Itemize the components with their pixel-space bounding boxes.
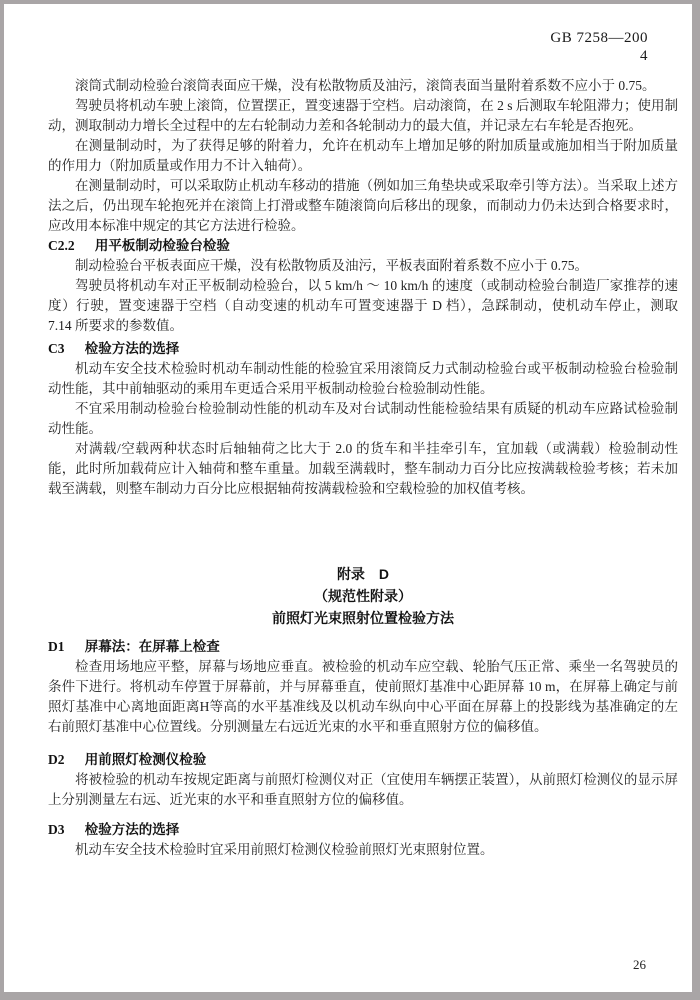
paragraph-headlamp-tester: 将被检验的机动车按规定距离与前照灯检测仪对正（宜使用车辆摆正装置），从前照灯检测… bbox=[48, 770, 678, 810]
appendix-d-title-block: 附录 D （规范性附录） 前照灯光束照射位置检验方法 bbox=[48, 563, 678, 629]
heading-c2-2-title: 用平板制动检验台检验 bbox=[95, 238, 230, 253]
page-footer: 26 bbox=[633, 957, 646, 973]
document-body: 滚筒式制动检验台滚筒表面应干燥，没有松散物质及油污，滚筒表面当量附着系数不应小于… bbox=[48, 76, 678, 860]
paragraph-roller-procedure: 驾驶员将机动车驶上滚筒，位置摆正，置变速器于空档。启动滚筒，在 2 s 后测取车… bbox=[48, 96, 678, 136]
heading-d3-number: D3 bbox=[48, 822, 65, 837]
document-header: GB 7258—200 4 bbox=[550, 29, 648, 65]
paragraph-anti-movement: 在测量制动时，可以采取防止机动车移动的措施（例如加三角垫块或采取牵引等方法）。当… bbox=[48, 176, 678, 236]
heading-c2-2-number: C2.2 bbox=[48, 238, 75, 253]
paragraph-loaded-test: 对满载/空载两种状态时后轴轴荷之比大于 2.0 的货车和半挂牵引车，宜加载（或满… bbox=[48, 439, 678, 499]
heading-d2-number: D2 bbox=[48, 752, 65, 767]
page-number: 26 bbox=[633, 957, 646, 972]
heading-c2-2: C2.2用平板制动检验台检验 bbox=[48, 236, 678, 256]
heading-d1-title: 屏幕法：在屏幕上检查 bbox=[85, 639, 220, 654]
appendix-d-note: （规范性附录） bbox=[48, 585, 678, 607]
paragraph-plate-surface: 制动检验台平板表面应干燥，没有松散物质及油污，平板表面附着系数不应小于 0.75… bbox=[48, 256, 678, 276]
paragraph-roller-surface: 滚筒式制动检验台滚筒表面应干燥，没有松散物质及油污，滚筒表面当量附着系数不应小于… bbox=[48, 76, 678, 96]
heading-d1: D1屏幕法：在屏幕上检查 bbox=[48, 637, 678, 657]
document-page: GB 7258—200 4 滚筒式制动检验台滚筒表面应干燥，没有松散物质及油污，… bbox=[0, 0, 700, 1000]
heading-c3: C3检验方法的选择 bbox=[48, 339, 678, 359]
heading-d3: D3检验方法的选择 bbox=[48, 820, 678, 840]
heading-d3-title: 检验方法的选择 bbox=[85, 822, 180, 837]
standard-number-line2: 4 bbox=[550, 47, 648, 65]
paragraph-plate-procedure: 驾驶员将机动车对正平板制动检验台，以 5 km/h ～ 10 km/h 的速度（… bbox=[48, 276, 678, 336]
appendix-d-label: 附录 D bbox=[48, 563, 678, 585]
paragraph-added-mass: 在测量制动时，为了获得足够的附着力，允许在机动车上增加足够的附加质量或施加相当于… bbox=[48, 136, 678, 176]
heading-d2-title: 用前照灯检测仪检验 bbox=[85, 752, 207, 767]
paragraph-d3-method-choice: 机动车安全技术检验时宜采用前照灯检测仪检验前照灯光束照射位置。 bbox=[48, 840, 678, 860]
paragraph-screen-method: 检查用场地应平整，屏幕与场地应垂直。被检验的机动车应空载、轮胎气压正常、乘坐一名… bbox=[48, 657, 678, 737]
heading-d1-number: D1 bbox=[48, 639, 65, 654]
paragraph-method-choice-2: 不宜采用制动检验台检验制动性能的机动车及对台试制动性能检验结果有质疑的机动车应路… bbox=[48, 399, 678, 439]
heading-d2: D2用前照灯检测仪检验 bbox=[48, 750, 678, 770]
heading-c3-number: C3 bbox=[48, 341, 65, 356]
standard-number-line1: GB 7258—200 bbox=[550, 29, 648, 47]
paragraph-method-choice-1: 机动车安全技术检验时机动车制动性能的检验宜采用滚筒反力式制动检验台或平板制动检验… bbox=[48, 359, 678, 399]
heading-c3-title: 检验方法的选择 bbox=[85, 341, 180, 356]
appendix-d-title: 前照灯光束照射位置检验方法 bbox=[48, 607, 678, 629]
